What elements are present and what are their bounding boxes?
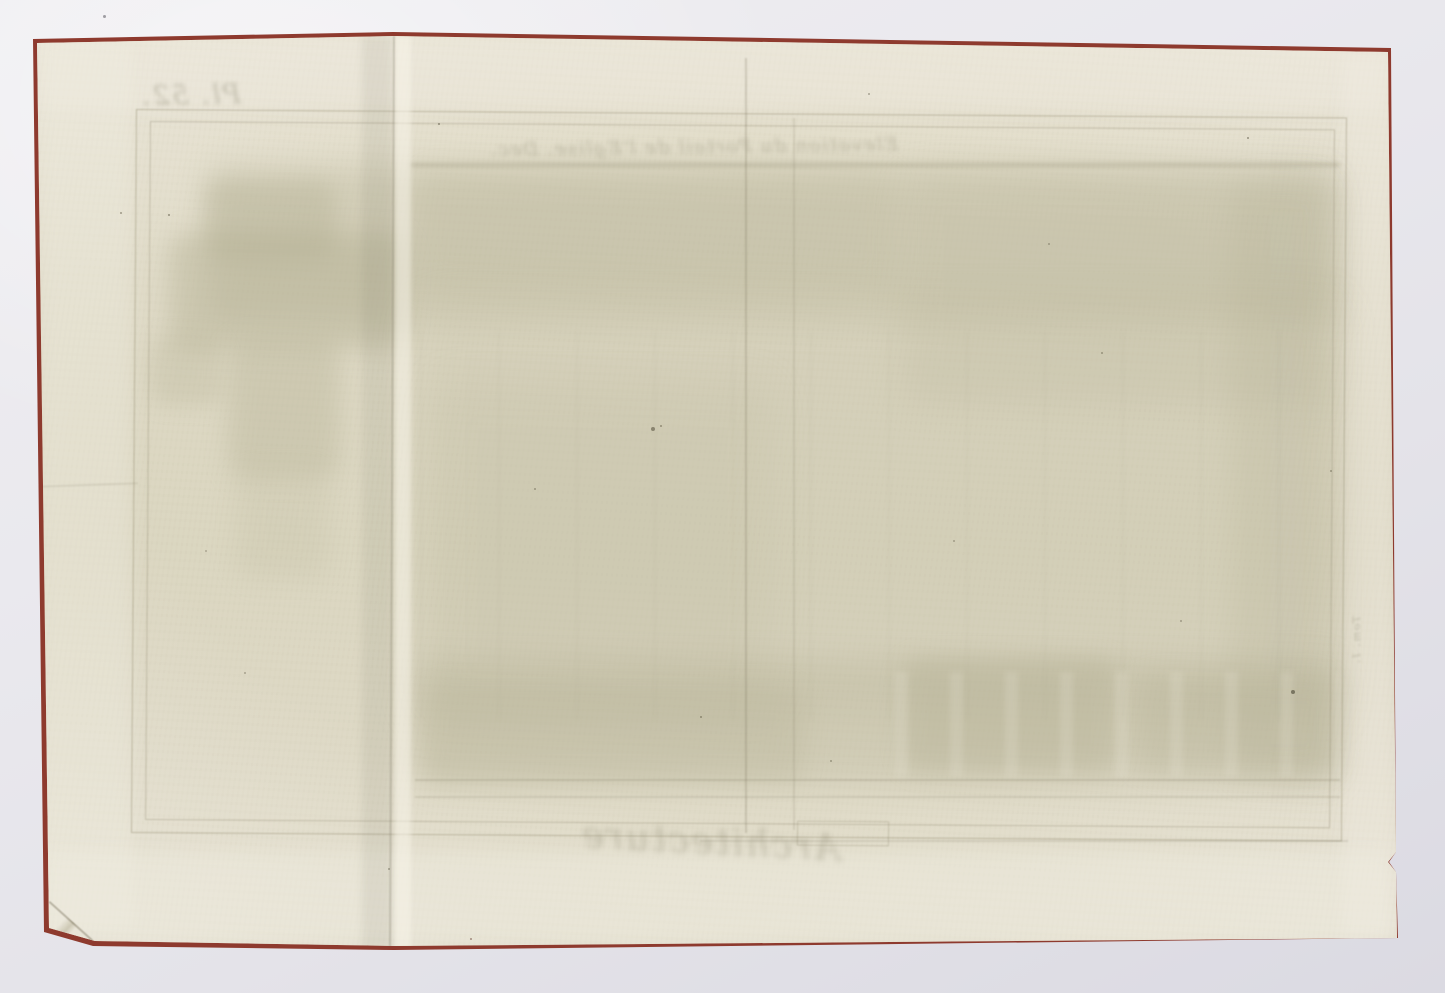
light-margin-bottom xyxy=(45,852,1390,942)
foxing-speckles xyxy=(0,0,2,2)
plate-border-inner xyxy=(145,121,1335,828)
ghost-margin-script: Tom. I. xyxy=(1352,616,1363,665)
backdrop-speck xyxy=(103,15,106,18)
ghost-vertical-rule-2 xyxy=(793,118,795,830)
light-margin-right xyxy=(1342,55,1394,935)
ghost-step-line-2 xyxy=(415,796,1340,798)
light-margin-top xyxy=(40,38,1385,110)
fold-shadow xyxy=(362,36,392,948)
ghost-step-line-1 xyxy=(415,779,1340,781)
ghost-vertical-rule-1 xyxy=(745,58,747,833)
ghost-plate-number: Pl. 52. xyxy=(140,79,241,112)
photo-backdrop: Pl. 52. Elevation du Portail de l'Eglise… xyxy=(0,0,1445,993)
print-verso-sheet: Pl. 52. Elevation du Portail de l'Eglise… xyxy=(0,0,1445,993)
fold-highlight xyxy=(395,36,411,948)
